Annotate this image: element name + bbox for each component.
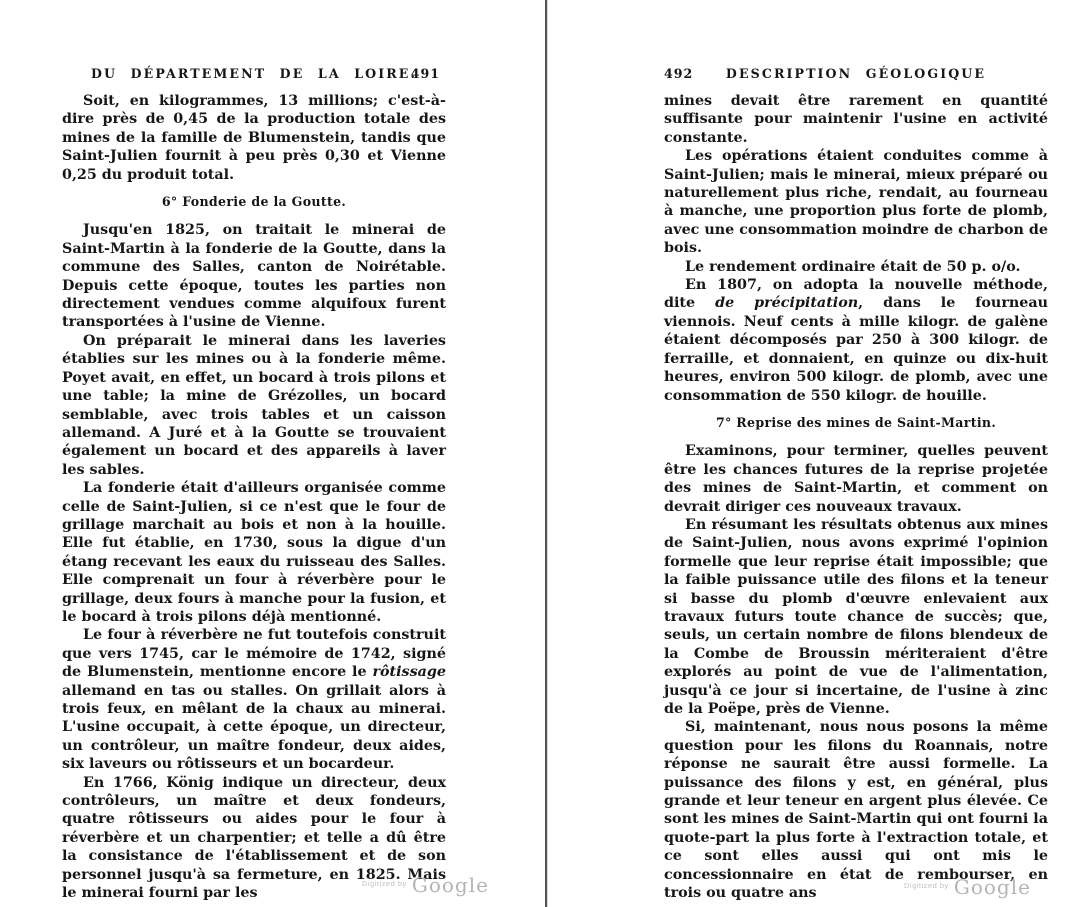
paragraph: Examinons, pour terminer, quelles peuven… xyxy=(664,442,1048,516)
paragraph: Le four à réverbère ne fut toutefois con… xyxy=(62,626,446,773)
section-heading: 6° Fonderie de la Goutte. xyxy=(62,193,446,211)
page-header-title: DU DÉPARTEMENT DE LA LOIRE. xyxy=(62,66,446,81)
text-column: mines devait être rarement en quantité s… xyxy=(664,92,1048,902)
watermark-prefix: Digitized by xyxy=(904,881,949,890)
page-left: DU DÉPARTEMENT DE LA LOIRE. 491 Soit, en… xyxy=(0,0,545,907)
google-logo: Google xyxy=(412,873,489,897)
google-watermark: Digitized by Google xyxy=(904,875,1031,899)
google-logo: Google xyxy=(954,875,1031,899)
paragraph: Soit, en kilogrammes, 13 millions; c'est… xyxy=(62,92,446,184)
page-right: 492 DESCRIPTION GÉOLOGIQUE mines devait … xyxy=(548,0,1090,907)
paragraph: Les opérations étaient conduites comme à… xyxy=(664,147,1048,257)
paragraph: En 1807, on adopta la nouvelle méthode, … xyxy=(664,276,1048,405)
book-scan: DU DÉPARTEMENT DE LA LOIRE. 491 Soit, en… xyxy=(0,0,1090,907)
page-header-title: DESCRIPTION GÉOLOGIQUE xyxy=(664,66,1048,81)
google-watermark: Digitized by Google xyxy=(362,873,489,897)
running-header: DU DÉPARTEMENT DE LA LOIRE. 491 xyxy=(62,66,446,84)
paragraph: La fonderie était d'ailleurs organisée c… xyxy=(62,479,446,626)
section-heading: 7° Reprise des mines de Saint-Martin. xyxy=(664,414,1048,432)
paragraph: En résumant les résultats obtenus aux mi… xyxy=(664,516,1048,718)
paragraph: Jusqu'en 1825, on traitait le minerai de… xyxy=(62,221,446,331)
text-column: Soit, en kilogrammes, 13 millions; c'est… xyxy=(62,92,446,902)
page-number: 491 xyxy=(411,66,440,81)
watermark-prefix: Digitized by xyxy=(362,879,407,888)
running-header: 492 DESCRIPTION GÉOLOGIQUE xyxy=(664,66,1048,84)
paragraph: Le rendement ordinaire était de 50 p. o/… xyxy=(664,258,1048,276)
paragraph: On préparait le minerai dans les laverie… xyxy=(62,332,446,479)
paragraph: mines devait être rarement en quantité s… xyxy=(664,92,1048,147)
